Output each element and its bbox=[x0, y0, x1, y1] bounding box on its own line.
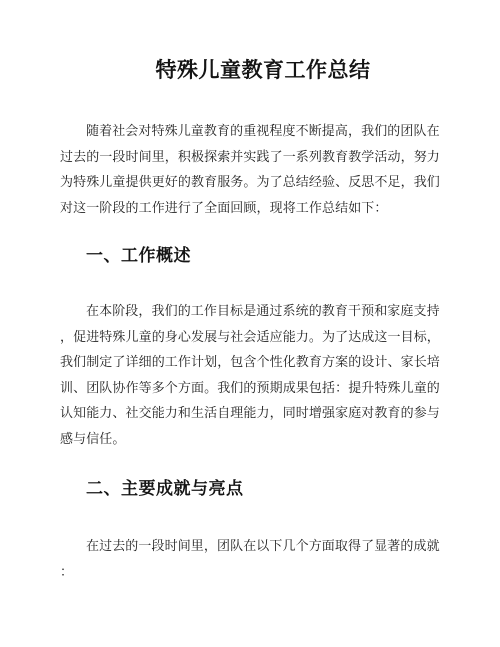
document-title: 特殊儿童教育工作总结 bbox=[60, 56, 440, 86]
section-1-heading: 一、工作概述 bbox=[60, 244, 440, 268]
section-2-heading: 二、主要成就与亮点 bbox=[60, 477, 440, 501]
section-2-paragraph: 在过去的一段时间里，团队在以下几个方面取得了显著的成就 ： bbox=[60, 533, 440, 584]
section-1-paragraph: 在本阶段，我们的工作目标是通过系统的教育干预和家庭支持 ，促进特殊儿童的身心发展… bbox=[60, 298, 440, 451]
intro-paragraph: 随着社会对特殊儿童教育的重视程度不断提高，我们的团队在 过去的一段时间里，积极探… bbox=[60, 118, 440, 220]
document-page: 特殊儿童教育工作总结 随着社会对特殊儿童教育的重视程度不断提高，我们的团队在 过… bbox=[0, 0, 500, 647]
